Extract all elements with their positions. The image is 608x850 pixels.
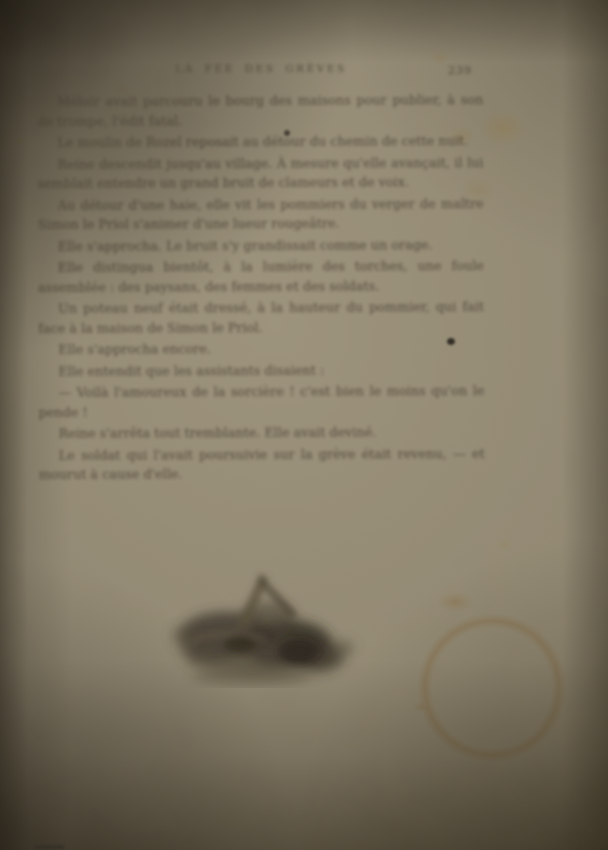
paragraph: — Voilà l'amoureux de la sorcière ! c'es… bbox=[38, 382, 484, 423]
running-title: LA FÉE DES GRÈVES bbox=[38, 63, 484, 75]
body-text: Méloir avait parcouru le bourg des maiso… bbox=[37, 91, 485, 487]
page-number: 239 bbox=[448, 64, 472, 77]
paragraph: Méloir avait parcouru le bourg des maiso… bbox=[37, 91, 483, 132]
ink-speck bbox=[284, 130, 290, 136]
paragraph: Elle s'approcha encore. bbox=[38, 339, 484, 360]
paragraph: Le moulin de Rozel reposait au détour du… bbox=[37, 132, 483, 153]
paragraph: Reine descendit jusqu'au village. À mesu… bbox=[37, 154, 483, 195]
paragraph: Reine s'arrêta tout tremblante. Elle ava… bbox=[39, 423, 485, 444]
paragraph: Le soldat qui l'avait poursuivie sur la … bbox=[39, 445, 485, 486]
paragraph: Elle entendit que les assistants disaien… bbox=[38, 361, 484, 382]
paragraph: Elle distingua bientôt, à la lumière des… bbox=[38, 257, 484, 298]
engraving-vignette-image bbox=[148, 556, 372, 688]
page-header: LA FÉE DES GRÈVES 239 bbox=[38, 63, 484, 79]
book-page-photo: LA FÉE DES GRÈVES 239 Méloir avait parco… bbox=[0, 0, 608, 850]
ink-speck bbox=[447, 338, 455, 345]
paragraph: Au détour d'une haie, elle vit les pommi… bbox=[38, 195, 484, 236]
edge-mark bbox=[34, 845, 64, 849]
paragraph: Un poteau neuf était dressé, à la hauteu… bbox=[38, 298, 484, 339]
paragraph: Elle s'approcha. Le bruit s'y grandissai… bbox=[38, 236, 484, 257]
